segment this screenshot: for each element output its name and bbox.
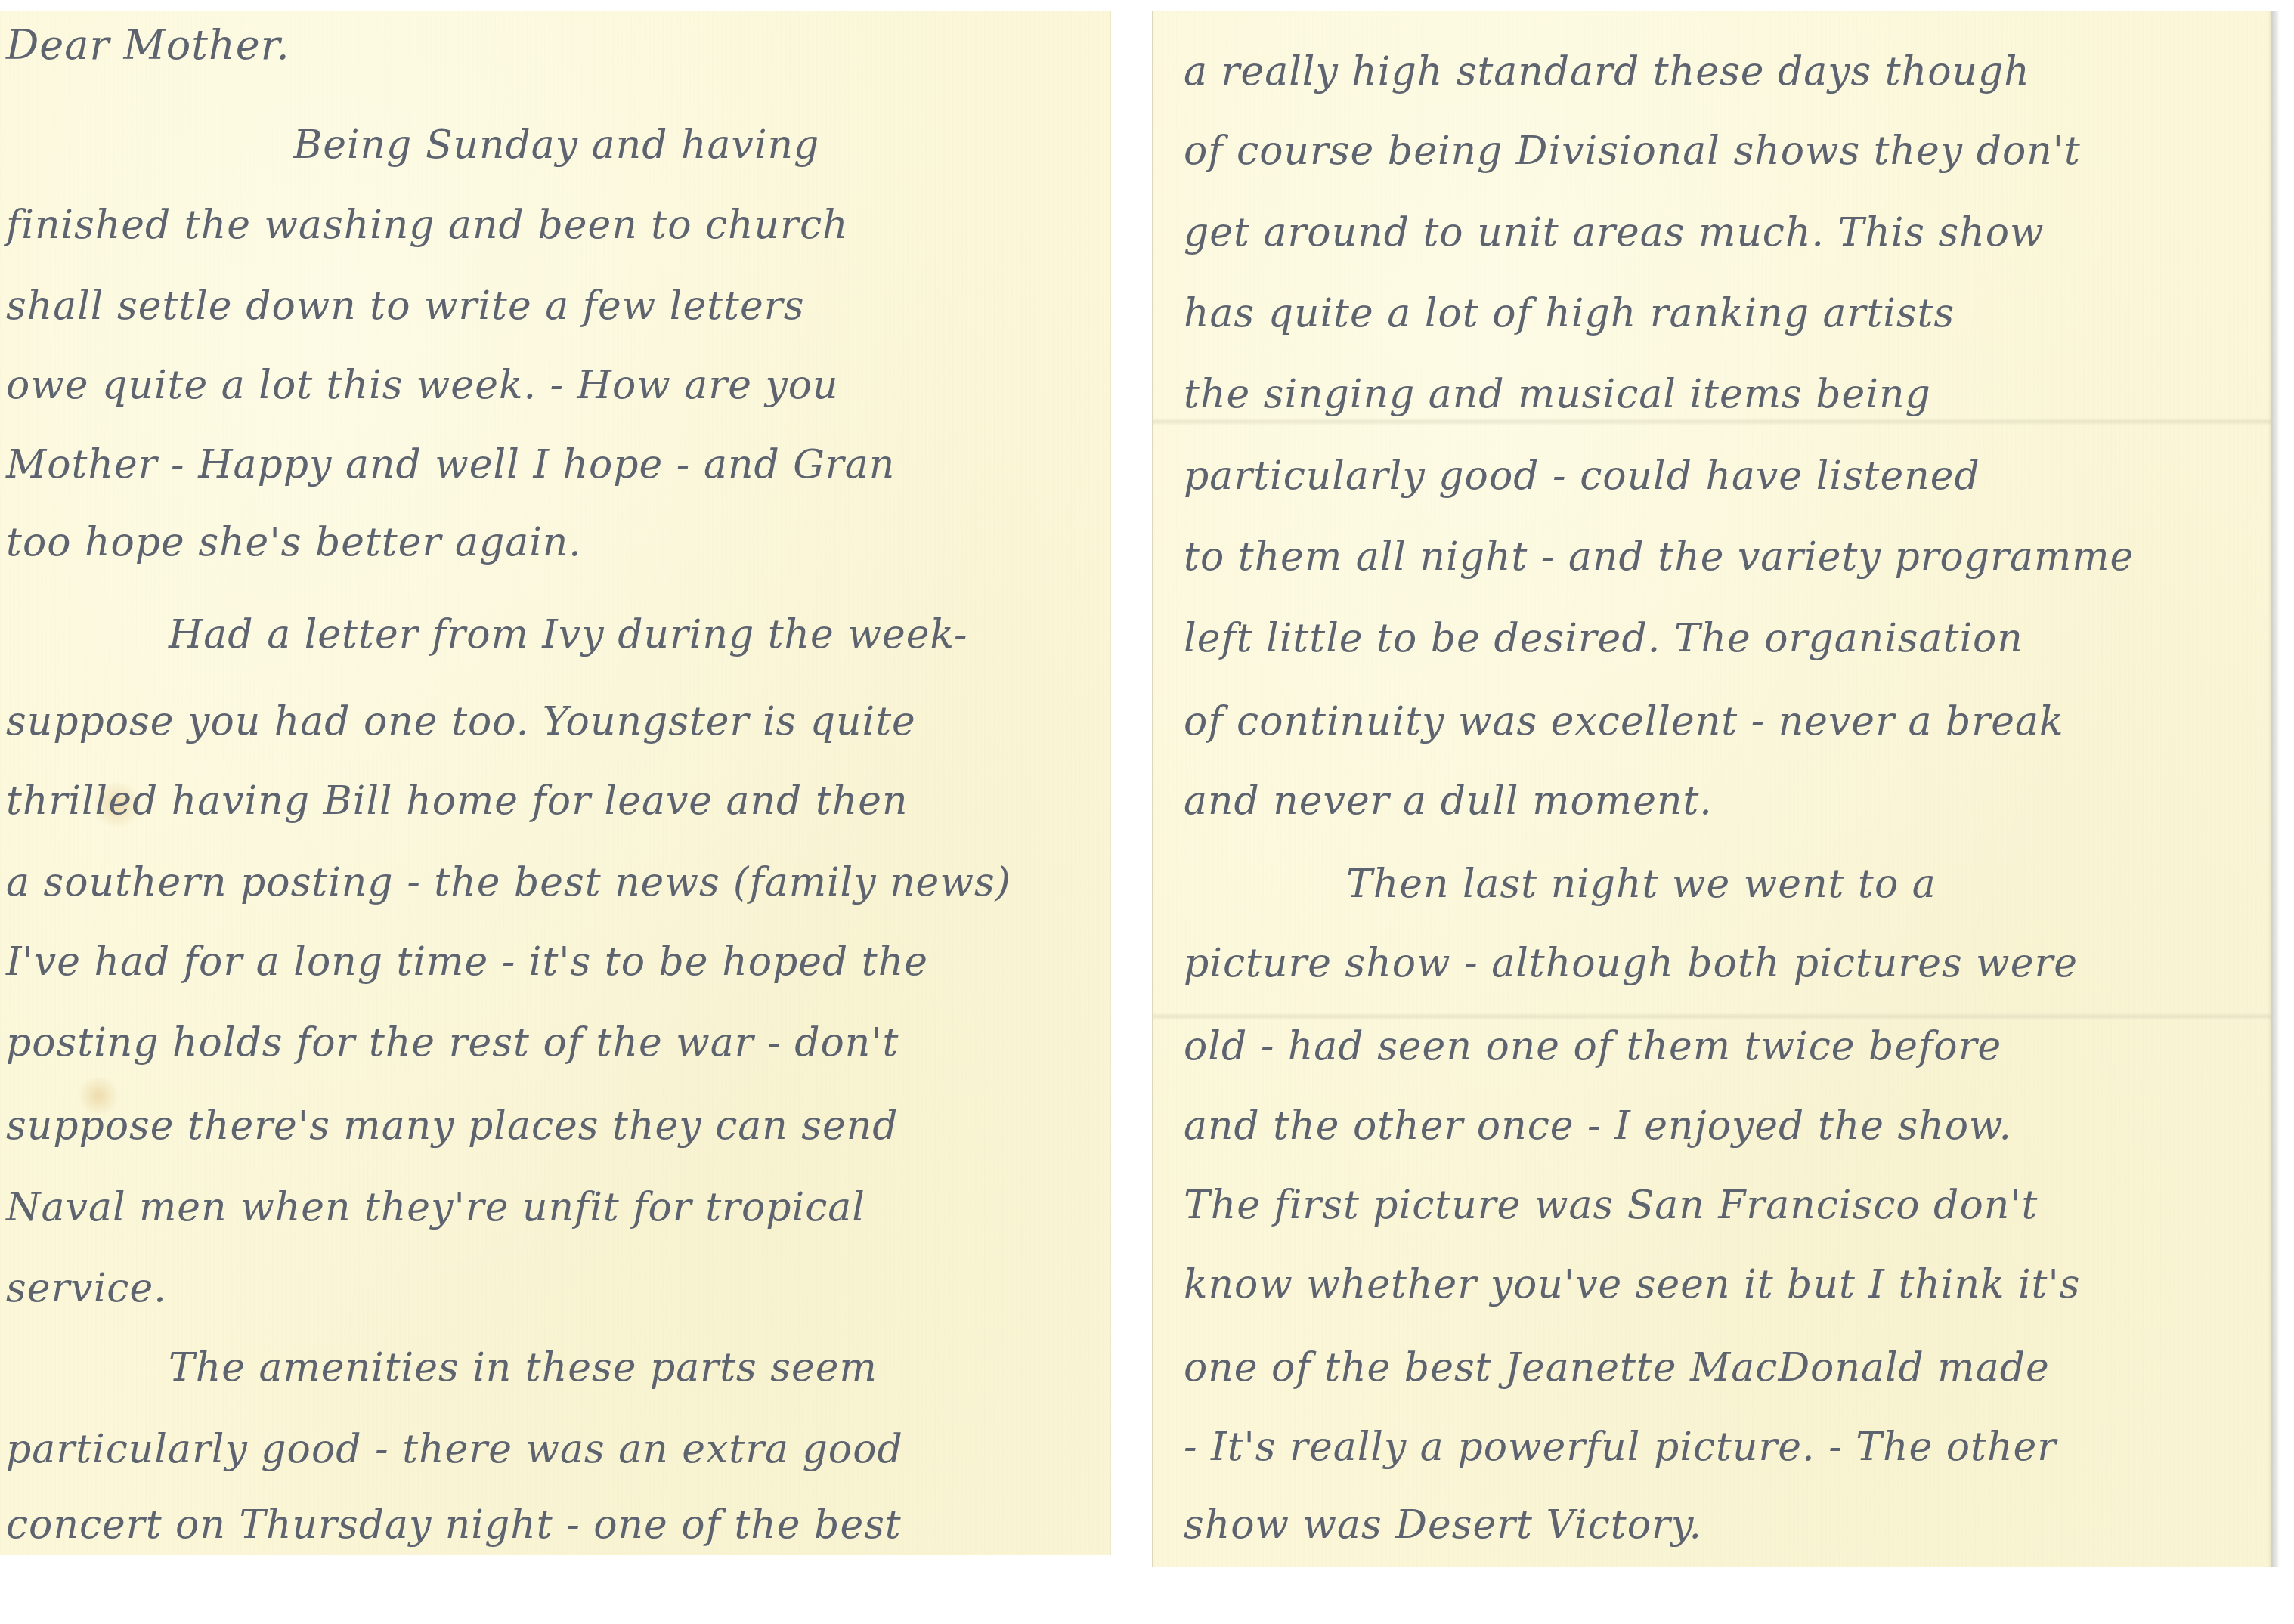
text-line: to them all night - and the variety prog…	[1184, 531, 2134, 583]
left-page-text: Dear Mother. Being Sunday and having fin…	[6, 11, 1102, 1555]
text-line: show was Desert Victory.	[1184, 1499, 1702, 1551]
text-line: The amenities in these parts seem	[6, 1341, 878, 1394]
text-line: shall settle down to write a few letters	[6, 280, 804, 333]
text-line: has quite a lot of high ranking artists	[1184, 287, 1955, 340]
scanned-letter: Dear Mother. Being Sunday and having fin…	[0, 0, 2294, 1624]
text-line: service.	[6, 1262, 167, 1315]
text-line: owe quite a lot this week. - How are you	[6, 359, 839, 412]
text-line: too hope she's better again.	[6, 516, 582, 569]
right-page-text: a really high standard these days though…	[1184, 11, 2257, 1567]
text-line: of continuity was excellent - never a br…	[1184, 695, 2063, 748]
text-line: Had a letter from Ivy during the week-	[6, 608, 968, 661]
letter-page-right: a really high standard these days though…	[1152, 11, 2275, 1567]
text-line: Being Sunday and having	[6, 119, 819, 172]
text-line: - It's really a powerful picture. - The …	[1184, 1421, 2057, 1474]
text-line: Then last night we went to a	[1184, 858, 1936, 911]
text-line: I've had for a long time - it's to be ho…	[6, 936, 928, 988]
text-line: left little to be desired. The organisat…	[1184, 612, 2023, 665]
text-line: picture show - although both pictures we…	[1184, 937, 2078, 990]
text-line: a southern posting - the best news (fami…	[6, 856, 1011, 909]
text-line: particularly good - could have listened	[1184, 450, 1980, 503]
text-line: suppose you had one too. Youngster is qu…	[6, 695, 916, 748]
text-line: concert on Thursday night - one of the b…	[6, 1499, 902, 1551]
text-line: get around to unit areas much. This show	[1184, 206, 2045, 259]
text-line: finished the washing and been to church	[6, 199, 849, 252]
text-line: the singing and musical items being	[1184, 368, 1931, 421]
text-line: Mother - Happy and well I hope - and Gra…	[6, 438, 895, 491]
scanner-edge-shadow	[2271, 11, 2280, 1567]
text-line: of course being Divisional shows they do…	[1184, 125, 2081, 178]
text-line: old - had seen one of them twice before	[1184, 1020, 2001, 1073]
text-line: posting holds for the rest of the war - …	[6, 1016, 899, 1069]
text-line: and the other once - I enjoyed the show.	[1184, 1100, 2012, 1152]
text-line: thrilled having Bill home for leave and …	[6, 775, 909, 827]
text-line: one of the best Jeanette MacDonald made	[1184, 1341, 2050, 1394]
salutation: Dear Mother.	[6, 19, 290, 72]
text-line: Naval men when they're unfit for tropica…	[6, 1181, 865, 1234]
text-line: know whether you've seen it but I think …	[1184, 1258, 2080, 1311]
text-line: suppose there's many places they can sen…	[6, 1100, 899, 1152]
text-line: and never a dull moment.	[1184, 775, 1713, 827]
text-line: a really high standard these days though	[1184, 45, 2030, 98]
text-line: The first picture was San Francisco don'…	[1184, 1179, 2038, 1232]
text-line: particularly good - there was an extra g…	[6, 1423, 903, 1476]
letter-page-left: Dear Mother. Being Sunday and having fin…	[0, 11, 1111, 1555]
